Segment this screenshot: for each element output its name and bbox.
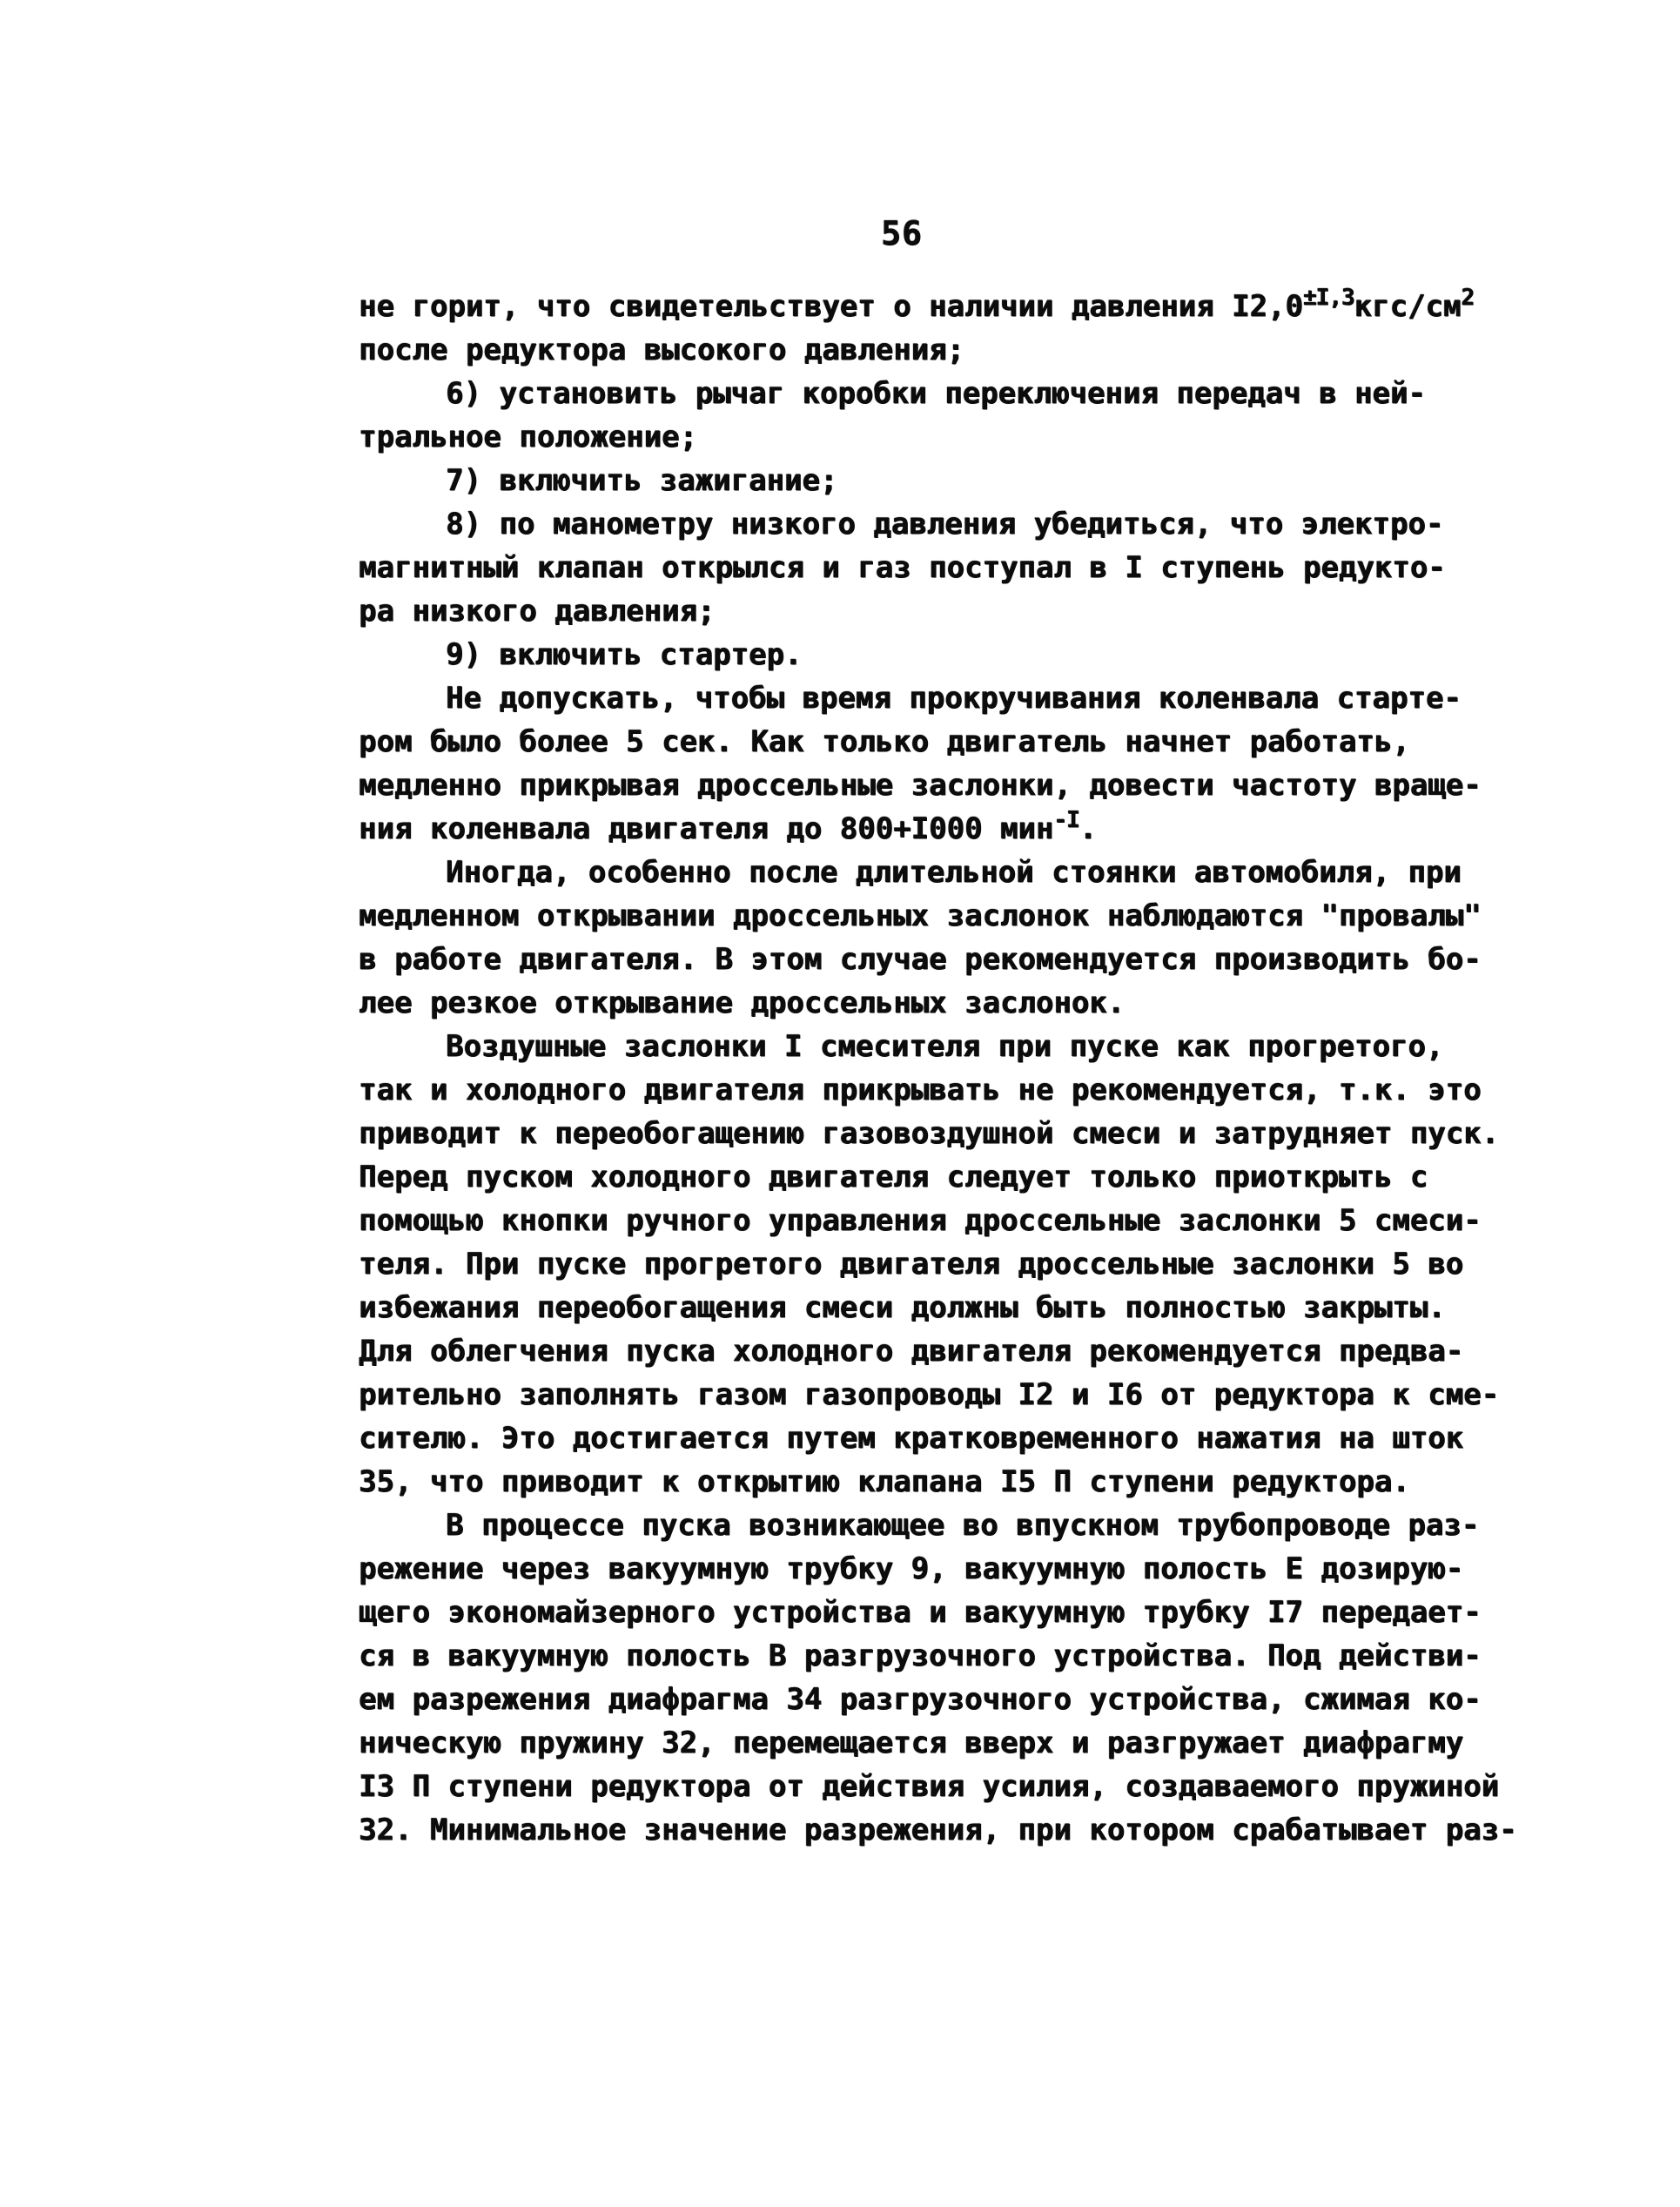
text-segment: ем разрежения диафрагма 34 разгрузочного…: [359, 1682, 1482, 1717]
text-segment: сителю. Это достигается путем кратковрем…: [359, 1421, 1463, 1456]
text-segment: тральное положение;: [359, 420, 697, 454]
text-line: 8) по манометру низкого давления убедить…: [359, 502, 1577, 546]
text-segment: 7) включить зажигание;: [446, 463, 837, 498]
text-segment: Не допускать, чтобы время прокручивания …: [446, 681, 1462, 716]
page-number: 56: [881, 214, 923, 252]
text-line: 9) включить стартер.: [359, 633, 1577, 676]
text-segment: ническую пружину 32, перемещается вверх …: [359, 1726, 1463, 1760]
text-line: в работе двигателя. В этом случае рекоме…: [359, 938, 1577, 981]
text-segment: .: [1079, 811, 1097, 846]
text-line: В процессе пуска возникающее во впускном…: [359, 1504, 1577, 1547]
text-segment: приводит к переобогащению газовоздушной …: [359, 1116, 1499, 1151]
text-segment: В процессе пуска возникающее во впускном…: [446, 1508, 1479, 1543]
text-line: магнитный клапан открылся и газ поступал…: [359, 546, 1577, 589]
text-segment: в работе двигателя. В этом случае рекоме…: [359, 942, 1482, 977]
document-page: 56 не горит, что свидетельствует о налич…: [0, 0, 1680, 2207]
text-segment: рительно заполнять газом газопроводы I2 …: [359, 1377, 1499, 1412]
text-line: ем разрежения диафрагма 34 разгрузочного…: [359, 1678, 1577, 1721]
text-segment: лее резкое открывание дроссельных заслон…: [359, 986, 1125, 1020]
text-line: ния коленвала двигателя до 800+I000 мин-…: [359, 807, 1577, 851]
text-segment: избежания переобогащения смеси должны бы…: [359, 1290, 1446, 1325]
text-line: 7) включить зажигание;: [359, 459, 1577, 502]
text-line: щего экономайзерного устройства и вакуум…: [359, 1591, 1577, 1634]
text-block: не горит, что свидетельствует о наличии …: [359, 285, 1577, 1852]
text-line: сителю. Это достигается путем кратковрем…: [359, 1416, 1577, 1460]
text-segment: 6) установить рычаг коробки переключения…: [446, 376, 1426, 411]
text-line: лее резкое открывание дроссельных заслон…: [359, 981, 1577, 1025]
text-segment: ра низкого давления;: [359, 594, 715, 629]
text-line: ра низкого давления;: [359, 589, 1577, 633]
text-segment: ром было более 5 сек. Как только двигате…: [359, 724, 1410, 759]
text-segment: Перед пуском холодного двигателя следует…: [359, 1160, 1428, 1194]
text-segment: режение через вакуумную трубку 9, вакуум…: [359, 1551, 1463, 1586]
text-line: Не допускать, чтобы время прокручивания …: [359, 676, 1577, 720]
text-line: тральное положение;: [359, 415, 1577, 459]
text-line: так и холодного двигателя прикрывать не …: [359, 1068, 1577, 1112]
text-line: Воздушные заслонки I смесителя при пуске…: [359, 1025, 1577, 1068]
text-line: ся в вакуумную полость В разгрузочного у…: [359, 1634, 1577, 1678]
text-line: ром было более 5 сек. Как только двигате…: [359, 720, 1577, 764]
text-segment: так и холодного двигателя прикрывать не …: [359, 1073, 1482, 1107]
superscript-segment: ±I,3: [1303, 286, 1354, 309]
text-line: 32. Минимальное значение разрежения, при…: [359, 1808, 1577, 1852]
text-line: избежания переобогащения смеси должны бы…: [359, 1286, 1577, 1329]
text-line: помощью кнопки ручного управления дроссе…: [359, 1199, 1577, 1242]
text-segment: после редуктора высокого давления;: [359, 333, 964, 367]
text-segment: I3 П ступени редуктора от действия усили…: [359, 1769, 1499, 1804]
text-line: медленно прикрывая дроссельные заслонки,…: [359, 764, 1577, 807]
superscript-segment: 2: [1461, 286, 1474, 309]
text-line: Перед пуском холодного двигателя следует…: [359, 1155, 1577, 1199]
text-line: медленном открывании дроссельных заслоно…: [359, 894, 1577, 938]
text-segment: кгс/см: [1354, 289, 1462, 324]
text-line: режение через вакуумную трубку 9, вакуум…: [359, 1547, 1577, 1591]
superscript-segment: -I: [1053, 809, 1079, 831]
text-segment: 35, что приводит к открытию клапана I5 П…: [359, 1464, 1410, 1499]
text-line: теля. При пуске прогретого двигателя дро…: [359, 1242, 1577, 1286]
text-segment: ся в вакуумную полость В разгрузочного у…: [359, 1638, 1482, 1673]
text-line: не горит, что свидетельствует о наличии …: [359, 285, 1577, 328]
text-line: после редуктора высокого давления;: [359, 328, 1577, 372]
text-segment: 8) по манометру низкого давления убедить…: [446, 507, 1443, 542]
text-segment: 9) включить стартер.: [446, 637, 802, 672]
text-segment: Воздушные заслонки I смесителя при пуске…: [446, 1029, 1443, 1064]
text-segment: щего экономайзерного устройства и вакуум…: [359, 1595, 1482, 1630]
text-segment: 32. Минимальное значение разрежения, при…: [359, 1813, 1517, 1847]
text-line: Иногда, особенно после длительной стоянк…: [359, 851, 1577, 894]
text-line: 35, что приводит к открытию клапана I5 П…: [359, 1460, 1577, 1504]
text-segment: медленном открывании дроссельных заслоно…: [359, 898, 1482, 933]
text-line: ническую пружину 32, перемещается вверх …: [359, 1721, 1577, 1765]
text-segment: Для облегчения пуска холодного двигателя…: [359, 1334, 1463, 1369]
text-line: 6) установить рычаг коробки переключения…: [359, 372, 1577, 415]
text-line: I3 П ступени редуктора от действия усили…: [359, 1765, 1577, 1808]
text-segment: магнитный клапан открылся и газ поступал…: [359, 550, 1446, 585]
text-line: Для облегчения пуска холодного двигателя…: [359, 1329, 1577, 1373]
text-segment: Иногда, особенно после длительной стоянк…: [446, 855, 1462, 890]
text-segment: теля. При пуске прогретого двигателя дро…: [359, 1247, 1463, 1282]
text-segment: не горит, что свидетельствует о наличии …: [359, 289, 1303, 324]
text-line: приводит к переобогащению газовоздушной …: [359, 1112, 1577, 1155]
text-segment: помощью кнопки ручного управления дроссе…: [359, 1203, 1482, 1238]
text-line: рительно заполнять газом газопроводы I2 …: [359, 1373, 1577, 1416]
text-segment: медленно прикрывая дроссельные заслонки,…: [359, 768, 1482, 803]
text-segment: ния коленвала двигателя до 800+I000 мин: [359, 811, 1053, 846]
